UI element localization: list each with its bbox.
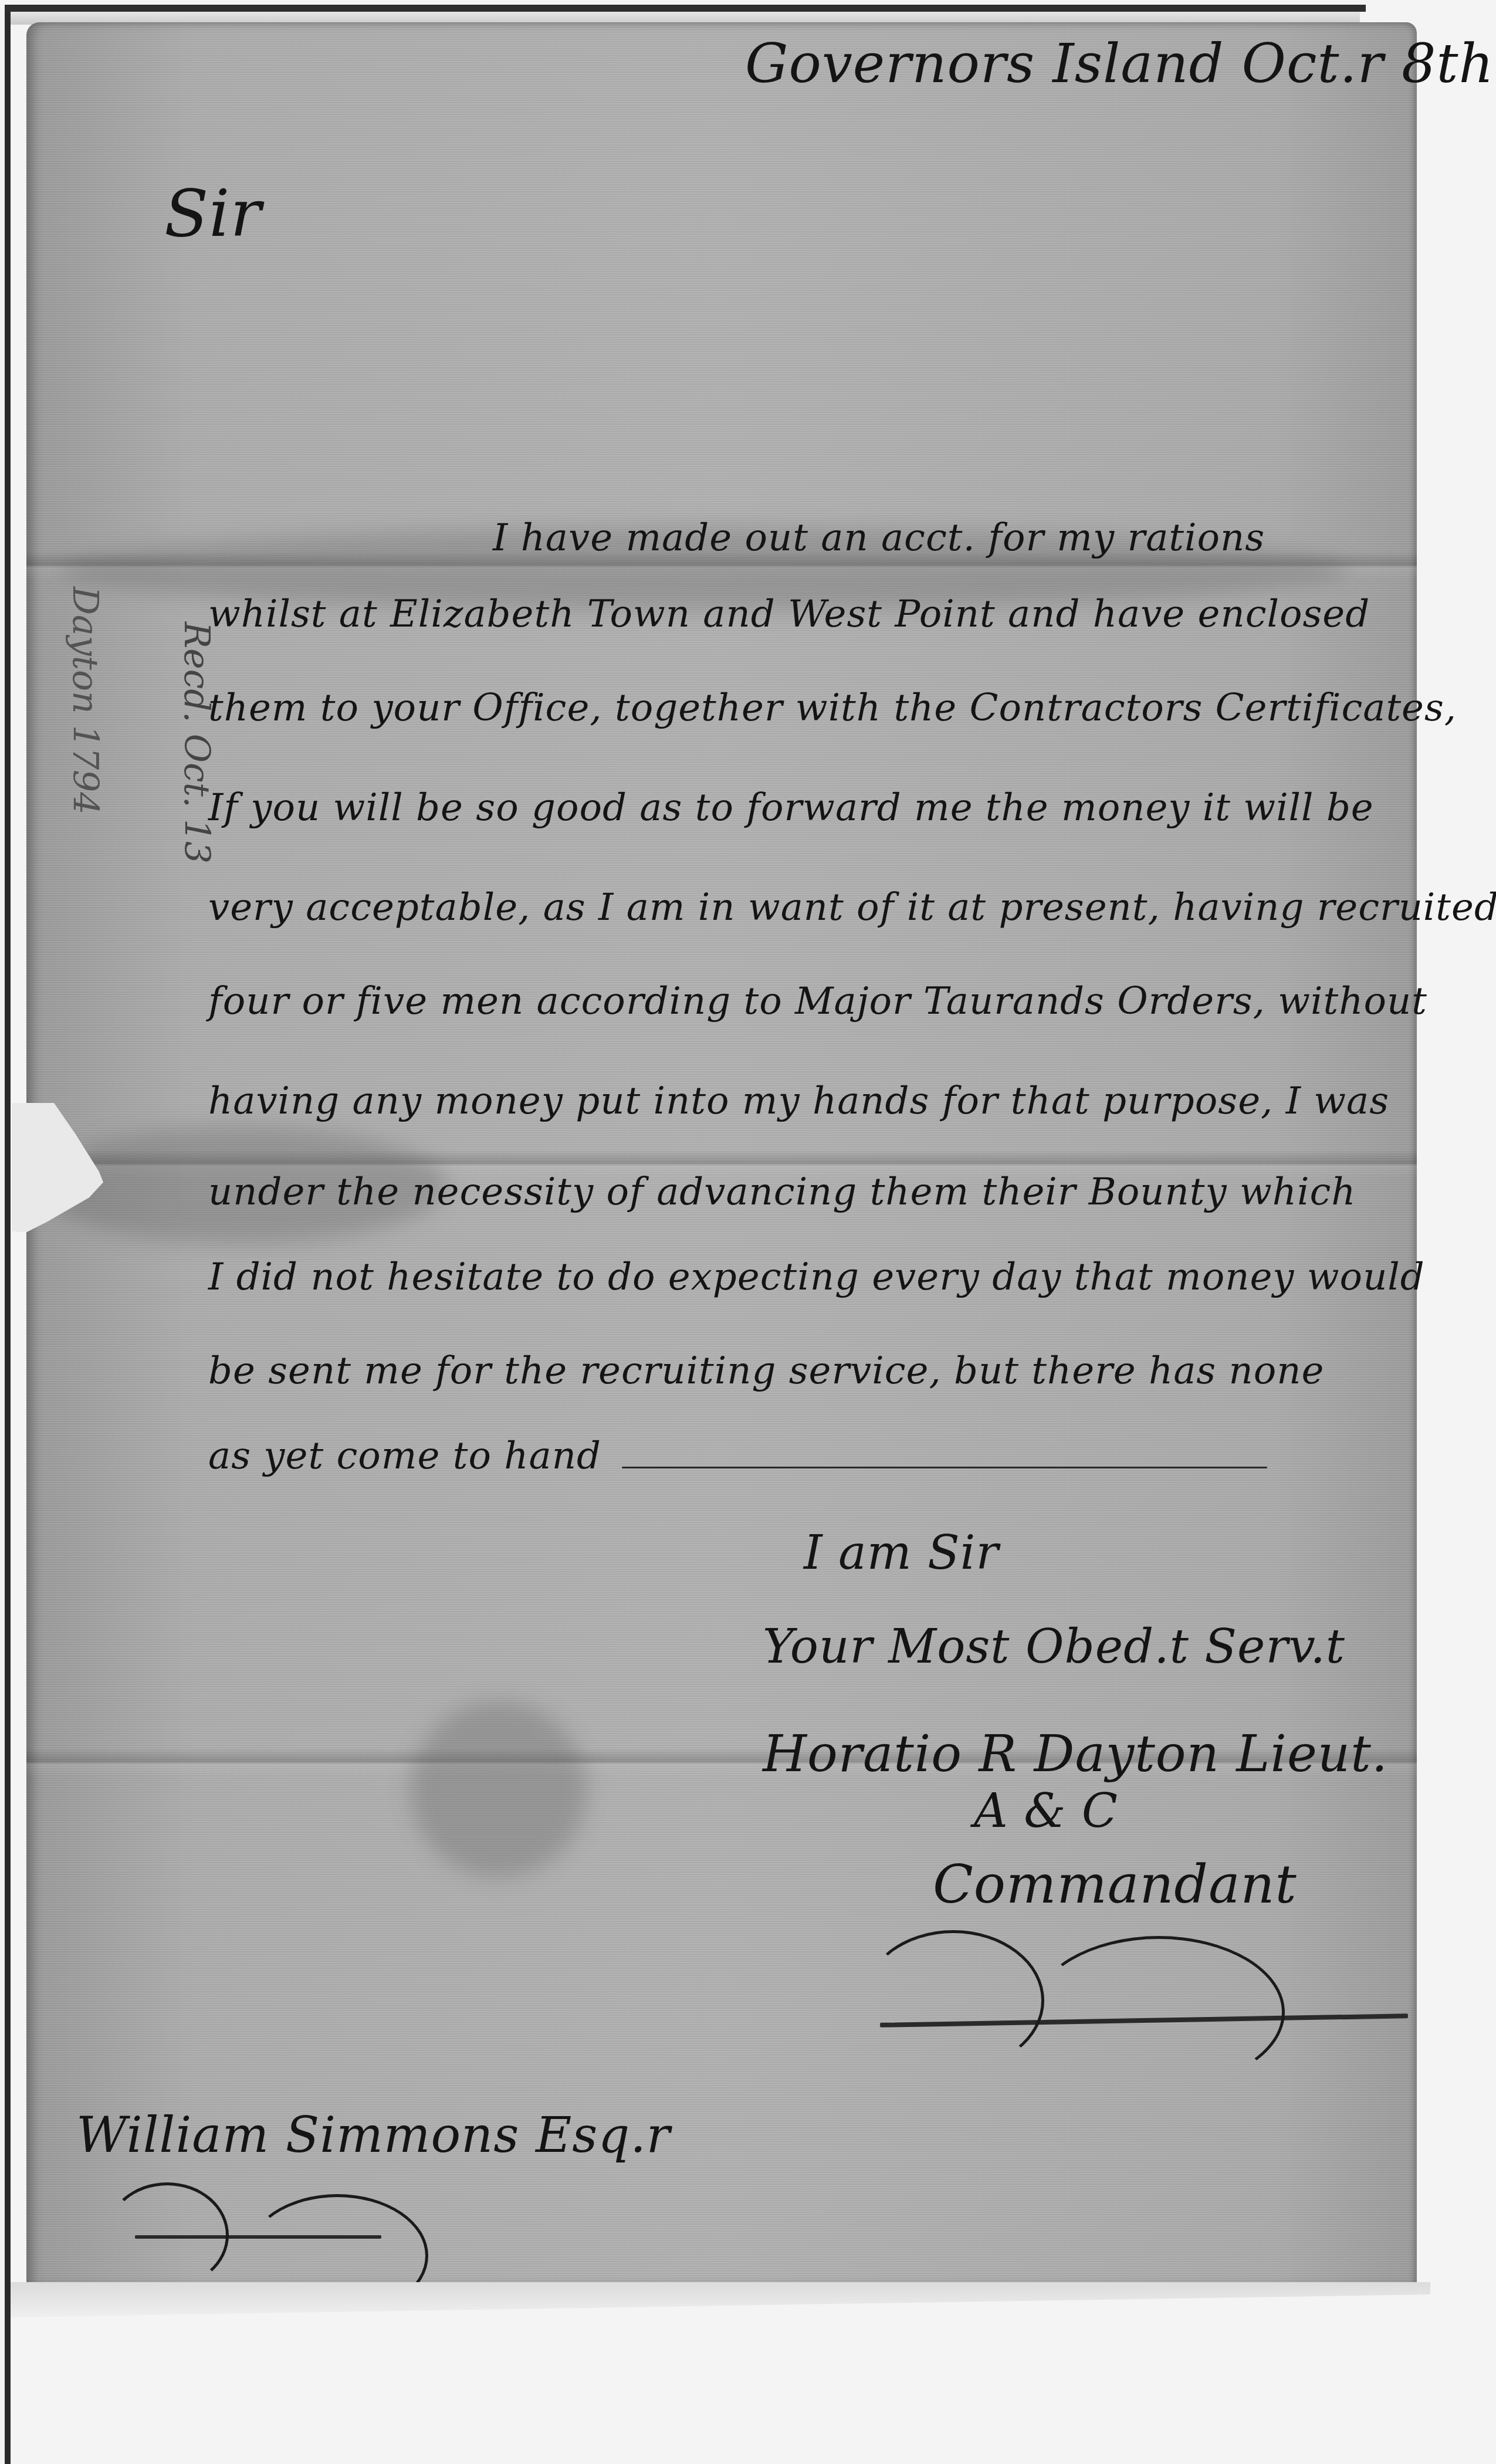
mylar-sleeve-bottom [11,2282,1430,2317]
closing-line: Your Most Obed.t Serv.t [763,1619,1345,1674]
body-line: four or five men according to Major Taur… [208,980,1427,1023]
signature-flourish [1033,1936,1285,2089]
signature: Horatio R Dayton Lieut. [763,1725,1388,1783]
addressee: William Simmons Esq.r [76,2106,671,2164]
dateline: Governors Island Oct.r 8th 1794 [745,32,1496,95]
signature-title: Commandant [933,1854,1297,1915]
addressee-flourish [106,2182,229,2288]
body-line: very acceptable, as I am in want of it a… [208,886,1496,929]
signature-flourish [862,1930,1044,2071]
body-line: I did not hesitate to do expecting every… [208,1255,1425,1299]
margin-docket-note: Dayton 1794 [65,587,106,814]
scan-frame-top [5,5,1366,12]
body-line: be sent me for the recruiting service, b… [208,1349,1324,1393]
salutation: Sir [164,176,262,251]
body-line: whilst at Elizabeth Town and West Point … [208,593,1370,636]
water-stain [411,1701,587,1877]
margin-docket-note: Recd. Oct. 13 [176,622,217,864]
line-filler-dash [622,1467,1267,1468]
scan-frame-left [5,6,11,2464]
closing-line: I am Sir [804,1525,999,1580]
body-line: them to your Office, together with the C… [208,686,1457,730]
body-line: I have made out an acct. for my rations [493,516,1265,560]
body-line: under the necessity of advancing them th… [208,1170,1356,1214]
signature-rank: A & C [974,1783,1118,1838]
body-line: as yet come to hand [208,1434,601,1478]
body-line: having any money put into my hands for t… [208,1079,1389,1123]
body-line: If you will be so good as to forward me … [208,786,1374,830]
